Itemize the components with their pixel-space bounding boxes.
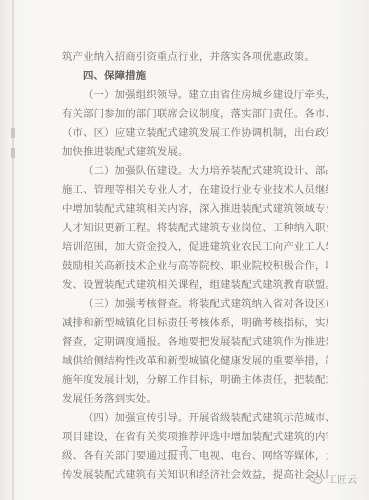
text-line: 培训范围，加大资金投入，促进建筑业农民工向产业工人转型， xyxy=(62,238,328,257)
watermark-label: 工匠云 xyxy=(327,471,357,486)
text-line: 施工、管理等相关专业人才，在建设行业专业技术人员继续教育 xyxy=(62,181,328,200)
text-line: 发展任务落到实处。 xyxy=(62,390,328,409)
text-line: 中增加装配式建筑相关内容，深入推进装配式建筑领域专业技术 xyxy=(62,200,328,219)
text-line: 施年度发展计划，分解工作目标，明确主体责任，把装配式建筑 xyxy=(62,371,328,390)
text-line: （二）加强队伍建设。大力培养装配式建筑设计、部品生产、 xyxy=(62,162,328,181)
text-line: 筑产业纳入招商引资重点行业，并落实各项优惠政策。 xyxy=(62,48,328,67)
text-line: 人才知识更新工程。将装配式建筑专业岗位、工种纳入职业技能 xyxy=(62,219,328,238)
text-line: 域供给侧结构性改革和新型城镇化健康发展的重要举措，制定实 xyxy=(62,352,328,371)
section-heading: 四、保障措施 xyxy=(62,67,328,86)
text-line: （四）加强宣传引导。开展省级装配式建筑示范城市、示范 xyxy=(62,409,328,428)
text-line: 减排和新型城镇化目标责任考核体系，明确考核指标，实施专项 xyxy=(62,314,328,333)
text-line: 鼓励相关高新技术企业与高等院校、职业院校积极合作，联合开 xyxy=(62,257,328,276)
binding-mark xyxy=(11,148,15,158)
page-edge-shadow xyxy=(12,0,14,500)
text-line: 传发展装配式建筑有关知识和经济社会效益，提高社会认同度， xyxy=(62,466,328,485)
binding-mark xyxy=(11,128,15,138)
page-number: — 7 — xyxy=(0,446,369,456)
scanned-page: 筑产业纳入招商引资重点行业，并落实各项优惠政策。四、保障措施（一）加强组织领导。… xyxy=(0,0,369,500)
text-line: （市、区）应建立装配式建筑发展工作协调机制，出台政策措施， xyxy=(62,124,328,143)
text-line: 有关部门参加的部门联席会议制度，落实部门责任。各市、县 xyxy=(62,105,328,124)
text-line: （三）加强考核督查。将装配式建筑纳入省对各设区市节能 xyxy=(62,295,328,314)
source-watermark: 工匠云 xyxy=(309,471,357,486)
wechat-icon xyxy=(309,473,323,485)
text-line: （一）加强组织领导。建立由省住房城乡建设厅牵头，省直 xyxy=(62,86,328,105)
text-line: 加快推进装配式建筑发展。 xyxy=(62,143,328,162)
text-line: 发、设置装配式建筑相关课程，组建装配式建筑教育联盟。 xyxy=(62,276,328,295)
text-line: 督查，定期调度通报。各地要把发展装配式建筑作为推进建设领 xyxy=(62,333,328,352)
document-body: 筑产业纳入招商引资重点行业，并落实各项优惠政策。四、保障措施（一）加强组织领导。… xyxy=(62,48,328,485)
text-line: 项目建设，在省有关奖项推荐评选中增加装配式建筑的内容。各 xyxy=(62,428,328,447)
